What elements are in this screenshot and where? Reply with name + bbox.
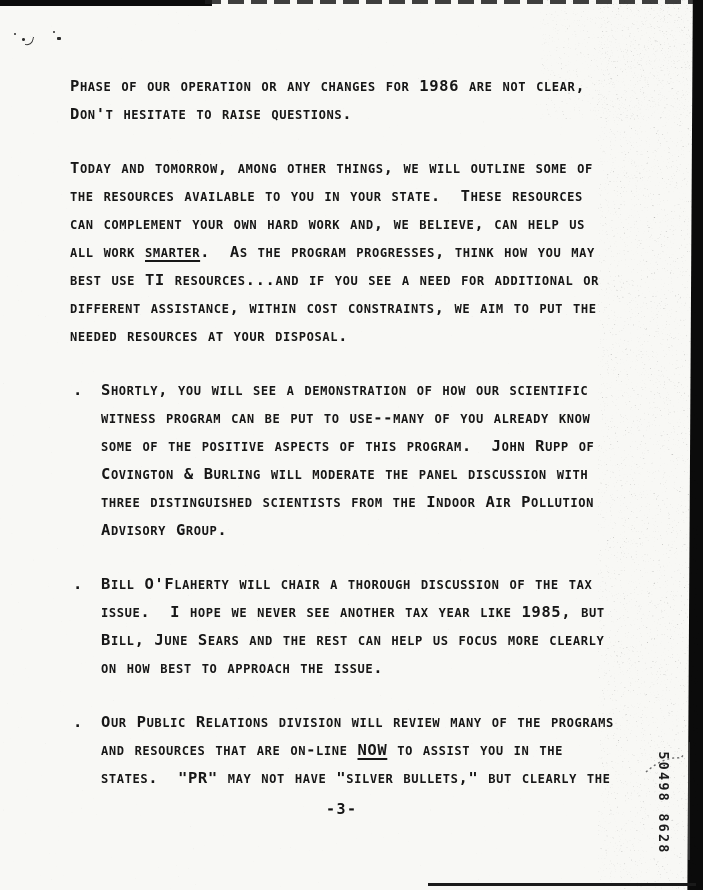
small-caps-run: distinguished (150, 496, 252, 510)
small-caps-run: from (351, 496, 383, 510)
small-caps-run: how (504, 246, 528, 260)
small-caps-run: the (535, 578, 559, 592)
small-caps-run: already (494, 412, 549, 426)
small-caps-run: scientific (510, 384, 589, 398)
small-caps-run: assistance (151, 302, 230, 316)
small-caps-run: available (184, 190, 255, 204)
small-caps-run: will (271, 468, 303, 482)
small-caps-run: demonstration (304, 384, 406, 398)
small-caps-run: hope (190, 606, 222, 620)
text-line: Bill O'Flaherty will chair a thorough di… (101, 570, 645, 598)
small-caps-run: but (488, 772, 512, 786)
ink-speck (57, 37, 61, 40)
small-caps-run: s (240, 246, 248, 260)
small-caps-run: chair (281, 578, 320, 592)
small-caps-run: and (101, 744, 125, 758)
small-caps-run: the (393, 496, 417, 510)
small-caps-run: ublic (147, 716, 186, 730)
bullet-marker: . (73, 376, 82, 404)
small-caps-run: things (336, 162, 383, 176)
small-caps-run: resources (512, 190, 583, 204)
small-caps-run: hase (80, 80, 112, 94)
small-caps-run: the (70, 190, 94, 204)
bates-number: 50498 8628 (655, 747, 671, 859)
small-caps-run: changes (321, 80, 376, 94)
small-caps-run: this (365, 440, 397, 454)
text-line: and resources that are on-line NOW to as… (101, 736, 645, 764)
bullet-item: .Shortly, you will see a demonstration o… (70, 376, 645, 544)
small-caps-run: to (196, 108, 212, 122)
small-caps-run: tax (569, 578, 593, 592)
text-line: all work smarter. As the program progres… (70, 238, 645, 266)
text-line: Bill, June Sears and the rest can help u… (101, 626, 645, 654)
small-caps-run: are (469, 80, 493, 94)
small-caps-run: for (461, 274, 485, 288)
small-caps-run: hesitate (123, 108, 186, 122)
small-caps-run: the (168, 440, 192, 454)
small-caps-run: program (407, 440, 462, 454)
small-caps-run: of (492, 716, 508, 730)
small-caps-run: of (142, 440, 158, 454)
small-caps-run: on (101, 662, 117, 676)
text-segment: witness program can be put to use--many … (101, 409, 590, 427)
text-line: can complement your own hard work and, w… (70, 210, 645, 238)
small-caps-run: cost (307, 302, 339, 316)
text-segment: three distinguished scientists from the … (101, 493, 594, 511)
small-caps-run: programs (551, 716, 614, 730)
small-caps-run: upp (545, 440, 569, 454)
small-caps-run: to (202, 662, 218, 676)
small-caps-run: that (215, 744, 247, 758)
paragraph: Today and tomorrow, among other things, … (70, 154, 645, 350)
small-caps-run: of (579, 440, 595, 454)
small-caps-run: any (287, 80, 311, 94)
small-caps-run: or (583, 274, 599, 288)
small-caps-run: you (335, 274, 359, 288)
small-caps-run: rest (316, 634, 348, 648)
small-caps-run: more (508, 634, 540, 648)
text-segment: Phase of our operation or any changes fo… (70, 77, 585, 95)
text-line: best use TI resources...and if you see a… (70, 266, 645, 294)
small-caps-run: the (539, 744, 563, 758)
small-caps-run: outline (471, 162, 526, 176)
small-caps-run: ur (111, 716, 127, 730)
small-caps-run: may (228, 772, 252, 786)
small-caps-run: panel (419, 468, 458, 482)
text-segment: needed resources at your disposal. (70, 327, 348, 345)
small-caps-run: tax (405, 606, 429, 620)
small-caps-run: a (330, 578, 338, 592)
page-number: -3- (326, 800, 358, 818)
small-caps-run: we (394, 218, 410, 232)
ink-speck (53, 31, 55, 33)
small-caps-run: elations (206, 716, 269, 730)
small-caps-run: of (577, 162, 593, 176)
small-caps-run: a (402, 274, 410, 288)
small-caps-run: tomorrow (155, 162, 218, 176)
small-caps-run: not (503, 80, 527, 94)
small-caps-run: within (249, 302, 296, 316)
small-caps-run: ndoor (436, 496, 475, 510)
text-line: issue. I hope we never see another tax y… (101, 598, 645, 626)
small-caps-run: ollution (531, 496, 594, 510)
small-caps-run: know (559, 412, 591, 426)
bullet-marker: . (73, 708, 82, 736)
small-caps-run: the (385, 468, 409, 482)
ink-speck (14, 33, 16, 35)
document-body: Phase of our operation or any changes fo… (70, 72, 645, 792)
small-caps-run: think (455, 246, 494, 260)
small-caps-run: in (324, 190, 340, 204)
small-caps-run: not (261, 772, 285, 786)
small-caps-run: some (101, 440, 133, 454)
small-caps-run: thorough (348, 578, 411, 592)
text-line: witness program can be put to use--many … (101, 404, 645, 432)
small-caps-run: year (439, 606, 471, 620)
small-caps-run: needed (70, 330, 117, 344)
text-segment: best use TI resources...and if you see a… (70, 271, 599, 289)
small-caps-run: complement (104, 218, 183, 232)
small-caps-run: aspects (275, 440, 330, 454)
small-caps-run: resources (104, 190, 175, 204)
small-caps-run: at (208, 330, 224, 344)
small-caps-run: the (573, 302, 597, 316)
small-caps-run: may (571, 246, 595, 260)
small-caps-run: and (275, 274, 299, 288)
small-caps-run: a (287, 384, 295, 398)
small-caps-run: see (368, 274, 392, 288)
small-caps-run: on (80, 108, 96, 122)
small-caps-run: of (121, 80, 137, 94)
scan-top-edge-band (0, 0, 212, 6)
scan-bottom-edge-line (428, 883, 696, 886)
small-caps-run: additional (495, 274, 574, 288)
small-caps-run: clearly (549, 634, 604, 648)
small-caps-run: to (397, 744, 413, 758)
small-caps-run: have (295, 772, 327, 786)
text-segment: issue. I hope we never see another tax y… (101, 603, 605, 621)
small-caps-run: resources (135, 744, 206, 758)
small-caps-run: issue (101, 606, 140, 620)
text-line: Advisory Group. (101, 516, 645, 544)
small-caps-run: on (290, 744, 306, 758)
small-caps-run: laherty (174, 578, 229, 592)
text-line: Covington & Burling will moderate the pa… (101, 460, 645, 488)
small-caps-run: will (429, 162, 461, 176)
small-caps-run: can (70, 218, 94, 232)
small-caps-run: ill (111, 578, 135, 592)
small-caps-run: state (392, 190, 431, 204)
text-segment: the resources available to you in your s… (70, 187, 583, 205)
small-caps-run: us (433, 634, 449, 648)
text-segment: . As the program progresses, think how y… (200, 243, 595, 261)
small-caps-run: hortly (111, 384, 158, 398)
small-caps-run: scientists (263, 496, 342, 510)
small-caps-run: you (538, 246, 562, 260)
small-caps-run: approach (227, 662, 290, 676)
small-caps-run: other (287, 162, 326, 176)
small-caps-run: another (340, 606, 395, 620)
small-caps-run: own (234, 218, 258, 232)
small-caps-run: oday (80, 162, 112, 176)
text-line: three distinguished scientists from the … (101, 488, 645, 516)
text-segment: Shortly, you will see a demonstration of… (101, 381, 588, 399)
small-caps-run: issue (334, 662, 373, 676)
text-segment: can complement your own hard work and, w… (70, 215, 585, 233)
small-caps-run: moderate (312, 468, 375, 482)
small-caps-run: to (265, 190, 281, 204)
small-caps-run: among (238, 162, 277, 176)
small-caps-run: see (253, 384, 277, 398)
text-segment: different assistance, within cost constr… (70, 299, 597, 317)
small-caps-run: but (581, 606, 605, 620)
small-caps-run: ill (111, 634, 135, 648)
bates-side-line (688, 742, 690, 860)
underlined-text: NOW (357, 741, 387, 759)
small-caps-run: some (536, 162, 568, 176)
bullet-item: .Our Public Relations division will revi… (70, 708, 645, 792)
text-line: Phase of our operation or any changes fo… (70, 72, 645, 100)
text-line: Shortly, you will see a demonstration of… (101, 376, 645, 404)
small-caps-run: never (257, 606, 296, 620)
text-line: Today and tomorrow, among other things, … (70, 154, 645, 182)
small-caps-run: constraints (348, 302, 435, 316)
small-caps-run: questions (271, 108, 342, 122)
text-segment: Bill, June Sears and the rest can help u… (101, 631, 604, 649)
text-line: Our Public Relations division will revie… (101, 708, 645, 736)
text-segment: Covington & Burling will moderate the pa… (101, 465, 588, 483)
small-caps-run: resources (175, 274, 246, 288)
small-caps-run: for (386, 80, 410, 94)
text-line: states. "PR" may not have "silver bullet… (101, 764, 645, 792)
bullet-item: .Bill O'Flaherty will chair a thorough d… (70, 570, 645, 682)
small-caps-run: the (517, 716, 541, 730)
small-caps-run: and (249, 634, 273, 648)
text-segment: states. "PR" may not have "silver bullet… (101, 769, 611, 787)
small-caps-run: ears (208, 634, 240, 648)
small-caps-run: are (257, 744, 281, 758)
small-caps-run: ovington (111, 468, 174, 482)
small-caps-run: best (160, 662, 192, 676)
small-caps-run: how (442, 384, 466, 398)
small-caps-run: states (101, 772, 148, 786)
small-caps-run: will (352, 716, 384, 730)
small-caps-run: discussion (421, 578, 500, 592)
small-caps-run: raise (222, 108, 261, 122)
small-caps-run: dvisory (111, 524, 166, 538)
small-caps-run: progresses (356, 246, 435, 260)
small-caps-run: use (350, 412, 374, 426)
text-segment: Advisory Group. (101, 521, 227, 539)
small-caps-run: hese (471, 190, 503, 204)
small-caps-run: t (106, 108, 114, 122)
small-caps-run: you (291, 190, 315, 204)
bullet-marker: . (73, 570, 82, 598)
text-line: on how best to approach the issue. (101, 654, 645, 682)
small-caps-run: operation (181, 80, 252, 94)
small-caps-run: help (391, 634, 423, 648)
small-caps-run: and (350, 218, 374, 232)
text-segment: Bill O'Flaherty will chair a thorough di… (101, 575, 592, 593)
small-caps-run: need (420, 274, 452, 288)
text-line: different assistance, within cost constr… (70, 294, 645, 322)
small-caps-run: ir (495, 496, 511, 510)
text-line: some of the positive aspects of this pro… (101, 432, 645, 460)
ink-squiggle (25, 35, 34, 46)
text-line: Don't hesitate to raise questions. (70, 100, 645, 128)
small-caps-run: roup (186, 524, 218, 538)
small-caps-run: of (509, 578, 525, 592)
small-caps-run: work (309, 218, 341, 232)
small-caps-run: bullets (403, 772, 458, 786)
small-caps-run: the (283, 634, 307, 648)
small-caps-run: many (393, 412, 425, 426)
small-caps-run: the (300, 662, 324, 676)
small-caps-run: you (460, 412, 484, 426)
small-caps-run: the (258, 246, 282, 260)
small-caps-run: will (239, 578, 271, 592)
small-caps-run: urling (214, 468, 261, 482)
text-line: the resources available to you in your s… (70, 182, 645, 210)
small-caps-run: can (358, 634, 382, 648)
small-caps-run: smarter (145, 246, 200, 260)
small-caps-run: best (70, 274, 102, 288)
small-caps-run: our (476, 384, 500, 398)
small-caps-run: with (557, 468, 589, 482)
small-caps-run: you (178, 384, 202, 398)
small-caps-run: we (404, 162, 420, 176)
small-caps-run: clearly (522, 772, 577, 786)
text-line: needed resources at your disposal. (70, 322, 645, 350)
small-caps-run: work (104, 246, 136, 260)
small-caps-run: division (279, 716, 342, 730)
small-caps-run: clear (536, 80, 575, 94)
small-caps-run: to (514, 302, 530, 316)
text-segment: on how best to approach the issue. (101, 659, 383, 677)
small-caps-run: we (454, 302, 470, 316)
small-caps-run: put (539, 302, 563, 316)
small-caps-run: if (309, 274, 325, 288)
small-caps-run: or (261, 80, 277, 94)
text-segment: Today and tomorrow, among other things, … (70, 159, 593, 177)
text-segment: and resources that are on-line (101, 741, 357, 759)
small-caps-run: line (316, 744, 348, 758)
small-caps-run: will (212, 384, 244, 398)
small-caps-run: review (393, 716, 440, 730)
small-caps-run: your (350, 190, 382, 204)
small-caps-run: your (192, 218, 224, 232)
small-caps-run: une (164, 634, 188, 648)
small-caps-run: we (231, 606, 247, 620)
small-caps-run: focus (459, 634, 498, 648)
small-caps-run: and (121, 162, 145, 176)
small-caps-run: put (290, 412, 314, 426)
small-caps-run: can (494, 218, 518, 232)
small-caps-run: us (569, 218, 585, 232)
small-caps-run: hard (267, 218, 299, 232)
small-caps-run: our (147, 80, 171, 94)
text-segment: to assist you in the (387, 741, 563, 759)
text-segment: Our Public Relations division will revie… (101, 713, 614, 731)
small-caps-run: of (340, 440, 356, 454)
small-caps-run: aim (480, 302, 504, 316)
small-caps-run: resources (127, 330, 198, 344)
small-caps-run: like (480, 606, 512, 620)
small-caps-run: your (234, 330, 266, 344)
scanned-document-page: Phase of our operation or any changes fo… (0, 0, 703, 890)
small-caps-run: how (127, 662, 151, 676)
small-caps-run: disposal (275, 330, 338, 344)
small-caps-run: positive (202, 440, 265, 454)
small-caps-run: different (70, 302, 141, 316)
small-caps-run: help (528, 218, 560, 232)
small-caps-run: assist (423, 744, 470, 758)
small-caps-run: three (101, 496, 140, 510)
small-caps-run: see (306, 606, 330, 620)
small-caps-run: ohn (502, 440, 526, 454)
scan-top-edge-band-broken (205, 0, 693, 4)
small-caps-run: witness (101, 412, 156, 426)
small-caps-run: program (166, 412, 221, 426)
underlined-text: smarter (145, 243, 200, 261)
small-caps-run: in (514, 744, 530, 758)
small-caps-run: can (231, 412, 255, 426)
small-caps-run: program (291, 246, 346, 260)
small-caps-run: the (587, 772, 611, 786)
small-caps-run: be (265, 412, 281, 426)
paragraph: Phase of our operation or any changes fo… (70, 72, 645, 128)
small-caps-run: of (417, 384, 433, 398)
small-caps-run: use (111, 274, 135, 288)
small-caps-run: all (70, 246, 94, 260)
small-caps-run: discussion (468, 468, 547, 482)
text-segment: Don't hesitate to raise questions. (70, 105, 352, 123)
ink-speck (22, 38, 25, 41)
small-caps-run: of (435, 412, 451, 426)
small-caps-run: silver (346, 772, 393, 786)
small-caps-run: you (480, 744, 504, 758)
text-segment: all work (70, 243, 145, 261)
small-caps-run: many (450, 716, 482, 730)
small-caps-run: to (324, 412, 340, 426)
small-caps-run: believe (419, 218, 474, 232)
text-segment: some of the positive aspects of this pro… (101, 437, 594, 455)
